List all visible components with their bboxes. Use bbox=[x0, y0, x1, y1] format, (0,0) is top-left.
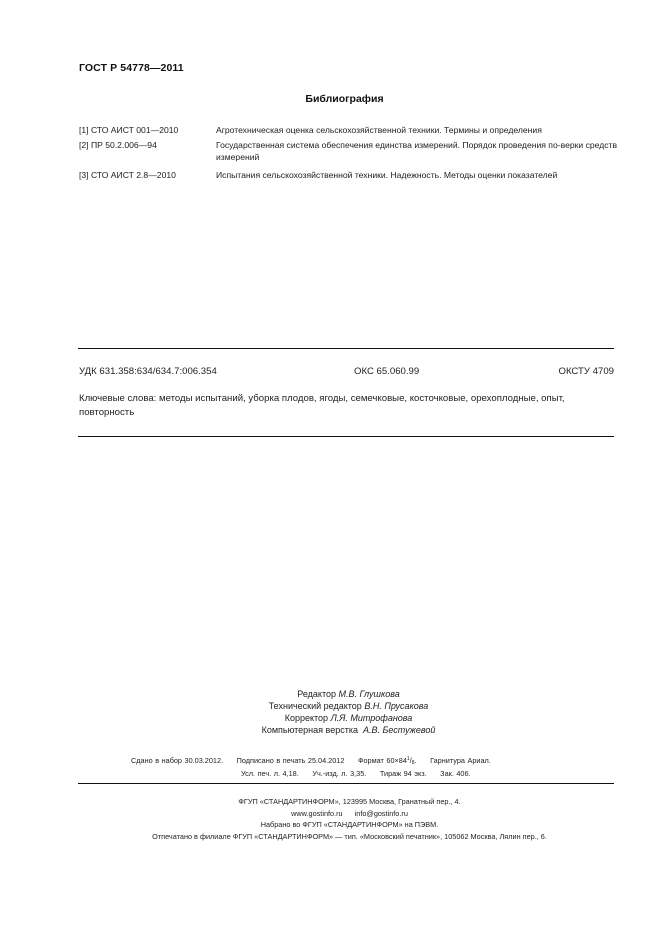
credit-role: Компьютерная верстка bbox=[262, 725, 358, 735]
reference-text: Агротехническая оценка сельскохозяйствен… bbox=[216, 125, 621, 137]
credit-name: В.Н. Прусакова bbox=[364, 701, 428, 711]
submitted-date: Сдано в набор 30.03.2012. bbox=[131, 756, 223, 765]
reference-text: Испытания сельскохозяйственной техники. … bbox=[216, 170, 621, 182]
reference-text: Государственная система обеспечения един… bbox=[216, 140, 621, 163]
format-prefix: Формат 60×84 bbox=[358, 756, 407, 765]
okstu-code: ОКСТУ 4709 bbox=[558, 366, 614, 377]
printed-info: Отпечатано в филиале ФГУП «СТАНДАРТИНФОР… bbox=[38, 831, 661, 843]
document-code: ГОСТ Р 54778—2011 bbox=[79, 62, 184, 74]
oks-code: ОКС 65.060.99 bbox=[354, 366, 419, 377]
credit-line: Компьютерная верстка А.В. Бестужевой bbox=[36, 724, 661, 736]
print-info-line-2: Усл. печ. л. 4,18. Уч.-изд. л. 3,35. Тир… bbox=[241, 769, 482, 778]
email-link[interactable]: info@gostinfo.ru bbox=[355, 809, 408, 818]
typeface: Гарнитура Ариал. bbox=[430, 756, 491, 765]
credit-name: А.В. Бестужевой bbox=[363, 725, 435, 735]
order-number: Зак. 406. bbox=[440, 769, 470, 778]
credit-role: Редактор bbox=[297, 689, 336, 699]
publisher-address: ФГУП «СТАНДАРТИНФОРМ», 123995 Москва, Гр… bbox=[38, 796, 661, 808]
print-info-line-1: Сдано в набор 30.03.2012. Подписано в пе… bbox=[131, 756, 502, 766]
credits-block: Редактор М.В. Глушкова Технический редак… bbox=[0, 688, 661, 736]
publication-sheets: Уч.-изд. л. 3,35. bbox=[312, 769, 366, 778]
reference-id: [3] СТО АИСТ 2.8—2010 bbox=[79, 170, 176, 182]
format-numerator: 1 bbox=[407, 756, 410, 762]
credit-name: Л.Я. Митрофанова bbox=[331, 713, 413, 723]
keywords: Ключевые слова: методы испытаний, уборка… bbox=[79, 392, 616, 419]
credit-role: Корректор bbox=[285, 713, 328, 723]
horizontal-rule bbox=[78, 348, 614, 349]
udk-code: УДК 631.358:634/634.7:006.354 bbox=[79, 366, 217, 377]
credit-line: Редактор М.В. Глушкова bbox=[36, 688, 661, 700]
credit-name: М.В. Глушкова bbox=[339, 689, 400, 699]
reference-id: [1] СТО АИСТ 001—2010 bbox=[79, 125, 178, 137]
reference-id: [2] ПР 50.2.006—94 bbox=[79, 140, 157, 152]
website-link[interactable]: www.gostinfo.ru bbox=[291, 809, 343, 818]
bibliography-title: Библиография bbox=[0, 93, 661, 105]
credit-role: Технический редактор bbox=[269, 701, 362, 711]
publisher-block: ФГУП «СТАНДАРТИНФОРМ», 123995 Москва, Гр… bbox=[0, 796, 661, 842]
credit-line: Технический редактор В.Н. Прусакова bbox=[36, 700, 661, 712]
horizontal-rule bbox=[78, 783, 614, 784]
credit-line: Корректор Л.Я. Митрофанова bbox=[36, 712, 661, 724]
circulation: Тираж 94 экз. bbox=[380, 769, 427, 778]
typeset-info: Набрано во ФГУП «СТАНДАРТИНФОРМ» на ПЭВМ… bbox=[38, 819, 661, 831]
format-suffix: . bbox=[415, 756, 417, 765]
signed-date: Подписано в печать 25.04.2012 bbox=[237, 756, 345, 765]
print-sheets: Усл. печ. л. 4,18. bbox=[241, 769, 299, 778]
publisher-contacts: www.gostinfo.ru info@gostinfo.ru bbox=[38, 808, 661, 820]
format: Формат 60×841/8. bbox=[358, 756, 417, 765]
horizontal-rule bbox=[78, 436, 614, 437]
